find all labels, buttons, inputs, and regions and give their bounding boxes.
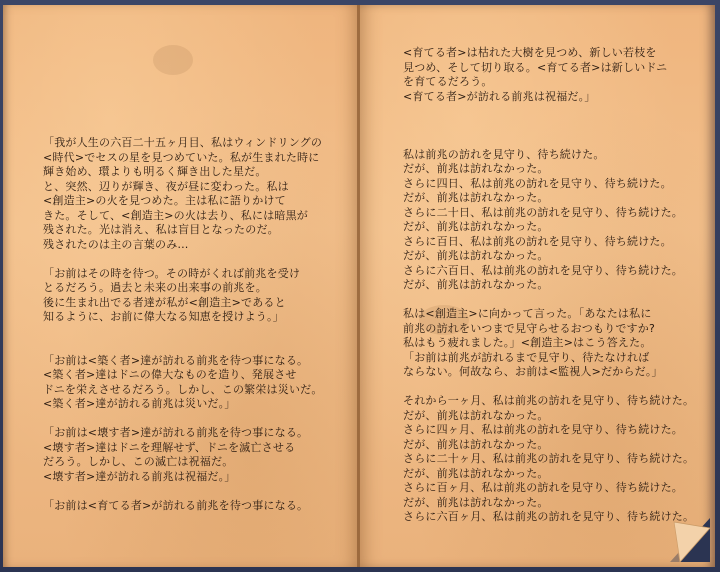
text-line: きた。そして、<創造主>の火は去り、私には暗黒が — [43, 209, 323, 224]
text-line: <壊す者>達はドニを理解せず、ドニを滅亡させる — [43, 441, 323, 456]
blank-line — [403, 293, 694, 308]
book-spine — [357, 5, 360, 567]
text-line: さらに六百ヶ月、私は前兆の訪れを見守り、待ち続けた。 — [403, 510, 694, 525]
blank-line — [403, 119, 694, 134]
text-line: だが、前兆は訪れなかった。 — [403, 438, 694, 453]
blank-line — [403, 380, 694, 395]
text-line: だが、前兆は訪れなかった。 — [403, 220, 694, 235]
viewer-frame: 「我が人生の六百二十五ヶ月目、私はウィンドリングの<時代>でセスの星を見つめてい… — [0, 0, 720, 572]
text-line: <育てる者>が訪れる前兆は祝福だ。」 — [403, 90, 694, 105]
text-line: だが、前兆は訪れなかった。 — [403, 496, 694, 511]
text-line: <創造主>の火を見つめた。主は私に語りかけて — [43, 194, 323, 209]
text-line: ドニを栄えさせるだろう。しかし、この繁栄は災いだ。 — [43, 383, 323, 398]
blank-line — [43, 325, 323, 340]
text-line: さらに六百日、私は前兆の訪れを見守り、待ち続けた。 — [403, 264, 694, 279]
text-line: だが、前兆は訪れなかった。 — [403, 278, 694, 293]
text-line: と、突然、辺りが輝き、夜が昼に変わった。私は — [43, 180, 323, 195]
text-line: 後に生まれ出でる者達が私が<創造主>であると — [43, 296, 323, 311]
blank-line — [43, 484, 323, 499]
text-line: さらに二十ヶ月、私は前兆の訪れを見守り、待ち続けた。 — [403, 452, 694, 467]
text-line: さらに二十日、私は前兆の訪れを見守り、待ち続けた。 — [403, 206, 694, 221]
text-line: 「我が人生の六百二十五ヶ月目、私はウィンドリングの — [43, 136, 323, 151]
text-line: さらに百ヶ月、私は前兆の訪れを見守り、待ち続けた。 — [403, 481, 694, 496]
blank-line — [403, 104, 694, 119]
text-line: 私は<創造主>に向かって言った。「あなたは私に — [403, 307, 694, 322]
text-line: だろう。しかし、この滅亡は祝福だ。 — [43, 455, 323, 470]
right-page-text: <育てる者>は枯れた大樹を見つめ、新しい若枝を見つめ、そして切り取る。<育てる者… — [403, 46, 694, 525]
text-line: 「お前はその時を待つ。その時がくれば前兆を受け — [43, 267, 323, 282]
text-line: <壊す者>達が訪れる前兆は祝福だ。」 — [43, 470, 323, 485]
text-line: 見つめ、そして切り取る。<育てる者>は新しいドニ — [403, 61, 694, 76]
text-line: ならない。何故なら、お前は<監視人>だからだ。」 — [403, 365, 694, 380]
text-line: だが、前兆は訪れなかった。 — [403, 467, 694, 482]
left-page-text: 「我が人生の六百二十五ヶ月目、私はウィンドリングの<時代>でセスの星を見つめてい… — [43, 136, 323, 513]
text-line: だが、前兆は訪れなかった。 — [403, 191, 694, 206]
text-line: 「お前は<育てる者>が訪れる前兆を待つ事になる。 — [43, 499, 323, 514]
text-line: <育てる者>は枯れた大樹を見つめ、新しい若枝を — [403, 46, 694, 61]
text-line: さらに四日、私は前兆の訪れを見守り、待ち続けた。 — [403, 177, 694, 192]
text-line: だが、前兆は訪れなかった。 — [403, 162, 694, 177]
blank-line — [43, 339, 323, 354]
text-line: 残されたのは主の言葉のみ… — [43, 238, 323, 253]
text-line: 「お前は前兆が訪れるまで見守り、待たなければ — [403, 351, 694, 366]
text-line: を育てるだろう。 — [403, 75, 694, 90]
text-line: とるだろう。過去と未来の出来事の前兆を。 — [43, 281, 323, 296]
blank-line — [43, 412, 323, 427]
blank-line — [43, 252, 323, 267]
text-line: 私は前兆の訪れを見守り、待ち続けた。 — [403, 148, 694, 163]
text-line: だが、前兆は訪れなかった。 — [403, 409, 694, 424]
journal-book: 「我が人生の六百二十五ヶ月目、私はウィンドリングの<時代>でセスの星を見つめてい… — [3, 5, 715, 567]
text-line: 輝き始め、環よりも明るく輝き出した星だ。 — [43, 165, 323, 180]
text-line: さらに四ヶ月、私は前兆の訪れを見守り、待ち続けた。 — [403, 423, 694, 438]
text-line: 「お前は<築く者>達が訪れる前兆を待つ事になる。 — [43, 354, 323, 369]
text-line: さらに百日、私は前兆の訪れを見守り、待ち続けた。 — [403, 235, 694, 250]
text-line: 私はもう疲れました。」<創造主>はこう答えた。 — [403, 336, 694, 351]
text-line: 知るように、お前に偉大なる知恵を授けよう。」 — [43, 310, 323, 325]
text-line: <築く者>達はドニの偉大なものを造り、発展させ — [43, 368, 323, 383]
text-line: だが、前兆は訪れなかった。 — [403, 249, 694, 264]
text-line: <築く者>達が訪れる前兆は災いだ。」 — [43, 397, 323, 412]
page-curl-icon[interactable] — [670, 518, 710, 562]
paper-stain — [153, 45, 193, 75]
text-line: 残された。光は消え、私は盲目となったのだ。 — [43, 223, 323, 238]
text-line: 前兆の訪れをいつまで見守らせるおつもりですか? — [403, 322, 694, 337]
text-line: 「お前は<壊す者>達が訪れる前兆を待つ事になる。 — [43, 426, 323, 441]
text-line: <時代>でセスの星を見つめていた。私が生まれた時に — [43, 151, 323, 166]
blank-line — [403, 133, 694, 148]
text-line: それから一ヶ月、私は前兆の訪れを見守り、待ち続けた。 — [403, 394, 694, 409]
